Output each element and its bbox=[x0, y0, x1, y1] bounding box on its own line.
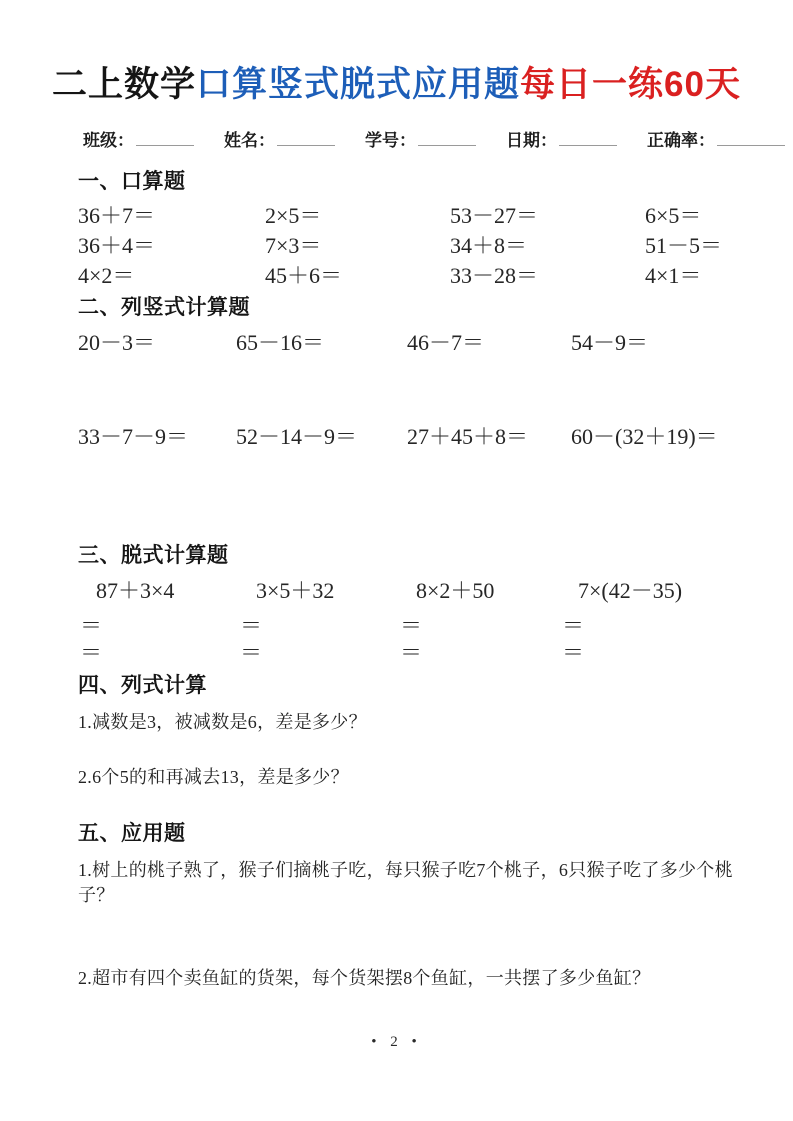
equation: 54－9＝ bbox=[571, 328, 748, 358]
section-heading-stepwise-calc: 三、脱式计算题 bbox=[78, 542, 748, 570]
equation: 53－27＝ bbox=[450, 201, 645, 231]
equation: 52－14－9＝ bbox=[236, 422, 407, 452]
word-problem-2: 2.超市有四个卖鱼缸的货架，每个货架摆8个鱼缸，一共摆了多少鱼缸？ bbox=[78, 966, 748, 991]
title-topic-part: 口算竖式脱式应用题 bbox=[196, 65, 520, 104]
oral-calc-grid: 36＋7＝ 2×5＝ 53－27＝ 6×5＝ 36＋4＝ 7×3＝ 34＋8＝ … bbox=[78, 201, 748, 291]
equation: 33－28＝ bbox=[450, 261, 645, 291]
vertical-calc-row-2: 33－7－9＝ 52－14－9＝ 27＋45＋8＝ 60－(32＋19)＝ bbox=[78, 422, 748, 452]
stepwise-equals-row-2: ＝ ＝ ＝ ＝ bbox=[78, 639, 748, 666]
info-label-accuracy: 正确率： bbox=[647, 131, 715, 150]
student-info-bar: 班级： 姓名： 学号： 日期： 正确率： bbox=[83, 128, 785, 154]
equation: 27＋45＋8＝ bbox=[407, 422, 571, 452]
worksheet-page: 二上数学口算竖式脱式应用题每日一练60天 班级： 姓名： 学号： 日期： 正确率… bbox=[0, 0, 793, 1121]
blank-line bbox=[559, 140, 617, 146]
title-series-part: 每日一练60天 bbox=[520, 65, 741, 104]
vertical-calc-row-1: 20－3＝ 65－16＝ 46－7＝ 54－9＝ bbox=[78, 328, 748, 358]
info-field-name: 姓名： bbox=[224, 128, 335, 154]
section-heading-oral-calc: 一、口算题 bbox=[78, 168, 748, 196]
info-label-class: 班级： bbox=[83, 131, 134, 150]
equals-sign: ＝ bbox=[560, 612, 748, 639]
expression-problem-1: 1.减数是3，被减数是6，差是多少？ bbox=[78, 710, 748, 735]
info-field-student-number: 学号： bbox=[365, 128, 476, 154]
equation: 34＋8＝ bbox=[450, 231, 645, 261]
equation: 20－3＝ bbox=[78, 328, 236, 358]
blank-line bbox=[717, 140, 785, 146]
equation: 65－16＝ bbox=[236, 328, 407, 358]
equation: 2×5＝ bbox=[265, 201, 450, 231]
page-number: • 2 • bbox=[0, 1034, 793, 1051]
section-heading-expression-calc: 四、列式计算 bbox=[78, 672, 748, 700]
info-field-date: 日期： bbox=[506, 128, 617, 154]
worksheet-content: 一、口算题 36＋7＝ 2×5＝ 53－27＝ 6×5＝ 36＋4＝ 7×3＝ … bbox=[78, 168, 748, 991]
blank-line bbox=[136, 140, 194, 146]
section-heading-vertical-calc: 二、列竖式计算题 bbox=[78, 294, 748, 322]
equation: 46－7＝ bbox=[407, 328, 571, 358]
section-heading-word-problems: 五、应用题 bbox=[78, 820, 748, 848]
expression-problem-2: 2.6个5的和再减去13，差是多少？ bbox=[78, 765, 748, 790]
equation: 8×2＋50 bbox=[398, 577, 560, 605]
equals-sign: ＝ bbox=[398, 612, 560, 639]
equation: 87＋3×4 bbox=[78, 577, 238, 605]
equation: 7×3＝ bbox=[265, 231, 450, 261]
equation: 60－(32＋19)＝ bbox=[571, 422, 748, 452]
equation: 36＋7＝ bbox=[78, 201, 265, 231]
title-grade-part: 二上数学 bbox=[52, 65, 196, 104]
equation: 51－5＝ bbox=[645, 231, 748, 261]
equation: 36＋4＝ bbox=[78, 231, 265, 261]
page-title: 二上数学口算竖式脱式应用题每日一练60天 bbox=[0, 64, 793, 106]
equals-sign: ＝ bbox=[238, 612, 398, 639]
info-label-date: 日期： bbox=[506, 131, 557, 150]
equation: 3×5＋32 bbox=[238, 577, 398, 605]
stepwise-equals-row-1: ＝ ＝ ＝ ＝ bbox=[78, 612, 748, 639]
equation: 6×5＝ bbox=[645, 201, 748, 231]
equals-sign: ＝ bbox=[78, 639, 238, 666]
blank-line bbox=[277, 140, 335, 146]
equals-sign: ＝ bbox=[78, 612, 238, 639]
equation: 4×2＝ bbox=[78, 261, 265, 291]
info-label-name: 姓名： bbox=[224, 131, 275, 150]
word-problem-1: 1.树上的桃子熟了，猴子们摘桃子吃，每只猴子吃7个桃子，6只猴子吃了多少个桃子？ bbox=[78, 858, 748, 908]
info-label-student-number: 学号： bbox=[365, 131, 416, 150]
equals-sign: ＝ bbox=[398, 639, 560, 666]
blank-line bbox=[418, 140, 476, 146]
equals-sign: ＝ bbox=[238, 639, 398, 666]
equals-sign: ＝ bbox=[560, 639, 748, 666]
info-field-accuracy: 正确率： bbox=[647, 128, 785, 154]
equation: 45＋6＝ bbox=[265, 261, 450, 291]
equation: 33－7－9＝ bbox=[78, 422, 236, 452]
equation: 4×1＝ bbox=[645, 261, 748, 291]
stepwise-problems-row: 87＋3×4 3×5＋32 8×2＋50 7×(42－35) bbox=[78, 577, 748, 605]
equation: 7×(42－35) bbox=[560, 577, 748, 605]
info-field-class: 班级： bbox=[83, 128, 194, 154]
